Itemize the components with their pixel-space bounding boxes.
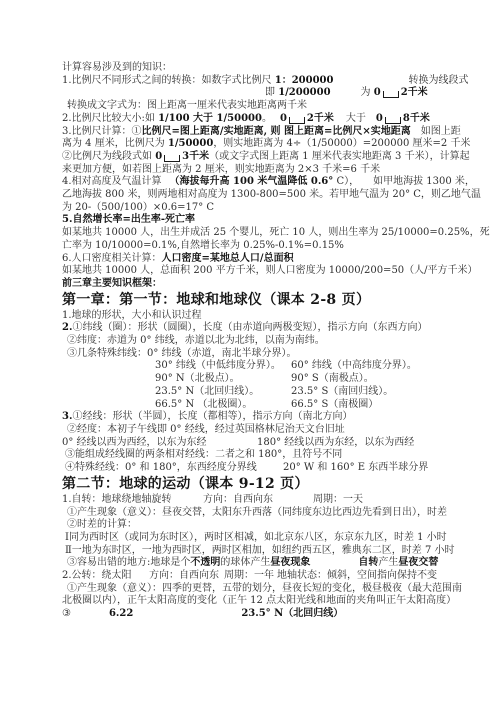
doc-line: Ⅰ同为西时区（或同为东时区），两时区相减，如北京东八区，东京东九区，时差 1 小…	[62, 532, 474, 545]
doc-line: 1.自转：地球绕地轴旋转方向：自西向东周期：一天	[62, 494, 474, 507]
text-segment: 产生	[378, 557, 398, 568]
doc-line: 1.地球的形状，大小和认识过程	[62, 310, 474, 323]
text-segment: 亡率为 10/10000=0.1%,自然增长率为 0.25%-0.1%=0.15…	[62, 240, 344, 251]
framework-subheading: 前三章主要知识框架：	[62, 278, 474, 291]
text-segment: 来更加方便，如若图上距离为 2 厘米，则实地距离为 2×3 千米=6 千米	[62, 164, 380, 175]
doc-line: ③能组成经线圈的两条相对经线：二者之和 180°，且符号不同	[62, 449, 474, 462]
doc-line: 2.①纬线（圈）：形状（圆圈），长度（由赤道向两极变短），指示方向（东西方向）	[62, 322, 474, 335]
text-segment: ②时差的计算：	[67, 519, 137, 530]
text-segment: 0	[376, 113, 383, 124]
text-segment: ③几条特殊纬线：0° 纬线（赤道，南北半球分界）。	[67, 348, 297, 359]
text-segment: 昼夜现象	[270, 557, 310, 568]
text-segment: ④特殊经线：0° 和 180°，东西经度分界线	[65, 462, 283, 475]
text-segment: 第二节：地球的运动（课本 9-12 页）	[62, 476, 309, 492]
text-segment: 8千米	[403, 113, 430, 124]
doc-line: Ⅱ一地为东时区，一地为西时区，两时区相加，如纽约西五区，雅典东二区，时差 7 小…	[62, 545, 474, 558]
text-segment: 2	[401, 87, 408, 98]
text-segment: 不透明	[190, 557, 220, 568]
doc-line: 3.①经线：形状（半圆），长度（都相等），指示方向（南北方向）	[62, 411, 474, 424]
text-segment: 转换成文字式为：图上距离一厘米代表实地距离两千米	[67, 100, 307, 111]
text-segment: 4.相对高度及气温计算	[62, 176, 162, 187]
text-segment: 人口密度=某地总人口/总面积	[162, 253, 294, 264]
text-segment: 20° W 和 160° E 东西半球分界	[283, 462, 428, 473]
text-segment: 转换为线段式	[408, 75, 468, 86]
text-segment: 6.人口密度相关计算：	[62, 253, 162, 264]
text-segment: 如某地共 10000 人，总面积 200 平方千米，则人口密度为 10000/2…	[62, 265, 478, 276]
text-segment: 2.公转：绕太阳	[62, 570, 149, 583]
text-segment: 地轴状态：倾斜，空间指向保持不变	[277, 570, 437, 581]
text-segment: 计算容易涉及到的知识：	[62, 62, 172, 73]
text-segment: 即	[265, 87, 278, 98]
text-segment: 大于	[346, 113, 366, 124]
doc-line: 0° 经线以西为西经，以东为东经180° 经线以西为东经，以东为西经	[62, 437, 474, 450]
scale-bar	[383, 91, 399, 98]
doc-line: 30° 纬线（中低纬度分界）。60° 纬线（中高纬度分界）。	[62, 360, 474, 373]
text-segment: 1.地球的形状，大小和认识过程	[62, 310, 202, 321]
heading-chapter1-section1: 第一章：第一节：地球和地球仪（课本 2-8 页）	[62, 291, 474, 310]
doc-line: 转换成文字式为：图上距离一厘米代表实地距离两千米	[62, 100, 474, 113]
text-segment: 如图上距	[411, 126, 461, 137]
text-segment: 3.比例尺计算：①	[62, 126, 142, 137]
text-segment: Ⅰ同为西时区（或同为东时区），两时区相减，如北京东八区，东京东九区，时差 1 小…	[65, 532, 447, 543]
doc-line: 1.比例尺不同形式之间的转换：如数字式比例尺 1：200000转换为线段式	[62, 75, 474, 88]
text-segment: 6.22	[109, 608, 133, 619]
doc-line: 66.5° N （北极圈）。66.5° S（南极圈）	[62, 399, 474, 412]
heading-section2: 第二节：地球的运动（课本 9-12 页）	[62, 475, 474, 494]
text-segment: 千米	[189, 151, 209, 162]
text-segment: 离为 4 厘米，比例尺为	[62, 138, 168, 149]
text-segment: 昼夜交替	[398, 557, 438, 568]
doc-line: 来更加方便，如若图上距离为 2 厘米，则实地距离为 2×3 千米=6 千米	[62, 164, 474, 177]
text-segment: 2千米	[307, 113, 334, 124]
text-segment: 90° S（南极点）。	[291, 373, 374, 384]
text-segment: ①产生现象（意义）：四季的更替，五带的划分，昼夜长短的变化，极昼极夜（最大范围南	[67, 583, 462, 594]
text-segment: 0° 经线以西为西经，以东为东经	[62, 437, 257, 450]
text-segment: 1：200000	[275, 75, 334, 86]
text-segment: ①产生现象（意义）：昼夜交替，太阳东升西落（同纬度东边比西边先看到日出），时差	[67, 507, 447, 518]
doc-line: 3.比例尺计算：①比例尺=图上距离/实地距离, 则 图上距离=比例尺×实地距离 …	[62, 126, 474, 139]
doc-line: 2.比例尺比较大小:如 1/100 大于 1/50000。02千米大于08千米	[62, 113, 474, 126]
doc-line: 为 20-（500/100）×0.6=17° C	[62, 202, 474, 215]
text-segment: 66.5° S（南极圈）	[291, 399, 378, 410]
text-segment: 为 20-（500/100）×0.6=17° C	[62, 202, 214, 213]
text-segment: 的球体产生	[220, 557, 270, 568]
scale-bar	[164, 155, 180, 162]
text-segment: 90° N（北极点）。	[155, 373, 291, 386]
doc-line: ①产生现象（意义）：昼夜交替，太阳东升西落（同纬度东边比西边先看到日出），时差	[62, 507, 474, 520]
doc-line: 2.公转：绕太阳方向：自西向东周期：一年地轴状态：倾斜，空间指向保持不变	[62, 570, 474, 583]
text-segment: 。	[262, 113, 272, 124]
text-segment: 0	[155, 151, 162, 162]
text-segment: ①经线：形状（半圆），长度（都相等），指示方向（南北方向）	[72, 411, 352, 422]
text-segment: 比例尺=图上距离/实地距离, 则 图上距离=比例尺×实地距离	[142, 126, 411, 137]
doc-line: 如某地共 10000 人，出生并成活 25 个婴儿，死亡 10 人，则出生率为 …	[62, 227, 474, 240]
text-segment: 方向：自西向东	[203, 494, 313, 507]
doc-line: 90° N（北极点）。90° S（南极点）。	[62, 373, 474, 386]
text-segment: 2.比例尺比较大小:如	[62, 113, 158, 124]
text-segment: 北极圈以内），正午太阳高度的变化（正午 12 点太阳光线和地面的夹角叫正午太阳高…	[62, 595, 456, 606]
text-segment: ，则实地距离为 4÷（1/50000）=200000 厘米=2 千米	[213, 138, 470, 149]
text-segment: 为	[361, 87, 374, 98]
doc-line: ①产生现象（意义）：四季的更替，五带的划分，昼夜长短的变化，极昼极夜（最大范围南	[62, 583, 474, 596]
doc-line: ③容易出错的地方:地球是个不透明的球体产生昼夜现象自转产生昼夜交替	[62, 557, 474, 570]
doc-line: ②纬度：赤道为 0° 纬线，赤道以北为北纬，以南为南纬。	[62, 335, 474, 348]
doc-line: ③几条特殊纬线：0° 纬线（赤道，南北半球分界）。	[62, 348, 474, 361]
text-segment: ①纬线（圈）：形状（圆圈），长度（由赤道向两极变短），指示方向（东西方向）	[72, 322, 427, 333]
text-segment: 2.	[62, 322, 72, 333]
doc-line: 4.相对高度及气温计算（海拔每升高 100 米气温降低 0.6° C），如甲地海…	[62, 176, 474, 189]
text-segment: 1/50000	[168, 138, 213, 149]
text-segment: 23.5° S（南回归线）。	[291, 386, 393, 397]
text-segment: （海拔每升高 100 米气温降低 0.6°	[170, 176, 334, 187]
doc-line: 计算容易涉及到的知识：	[62, 62, 474, 75]
doc-line: ②时差的计算：	[62, 519, 474, 532]
text-segment: （或文字式图上距离 1 厘米代表实地距离 3 千米），计算起	[209, 151, 469, 162]
doc-line: 如某地共 10000 人，总面积 200 平方千米，则人口密度为 10000/2…	[62, 265, 474, 278]
text-segment: ②比例尺为线段式如	[62, 151, 155, 162]
doc-line: 乙地海拔 800 米，则两地相对高度为 1300-800=500 米。若甲地气温…	[62, 189, 474, 202]
doc-line: 离为 4 厘米，比例尺为 1/50000，则实地距离为 4÷（1/50000）=…	[62, 138, 474, 151]
doc-line: 6.人口密度相关计算：人口密度=某地总人口/总面积	[62, 253, 474, 266]
text-segment: 如甲地海拔 1300 米，	[373, 176, 475, 187]
text-segment: 23.5° N（北回归线）。	[155, 386, 291, 399]
text-segment: 1/100 大于 1/50000	[158, 113, 262, 124]
text-segment: 前三章主要知识框架：	[62, 278, 162, 289]
text-segment: C），	[333, 176, 359, 187]
text-segment: 方向：自西向东	[149, 570, 224, 583]
text-segment: 1.比例尺不同形式之间的转换：如数字式比例尺	[62, 75, 275, 86]
text-segment: ②纬度：赤道为 0° 纬线，赤道以北为北纬，以南为南纬。	[67, 335, 325, 346]
text-segment: 0	[280, 113, 287, 124]
text-segment: ③能组成经线圈的两条相对经线：二者之和 180°，且符号不同	[65, 449, 342, 460]
text-segment: 5.自然增长率=出生率-死亡率	[62, 214, 195, 225]
text-segment: 乙地海拔 800 米，则两地相对高度为 1300-800=500 米。若甲地气温…	[62, 189, 481, 200]
text-segment: Ⅱ一地为东时区，一地为西时区，两时区相加，如纽约西五区，雅典东二区，时差 7 小…	[65, 545, 455, 556]
text-segment: 1/200000	[278, 87, 330, 98]
doc-line: ②比例尺为线段式如 03千米（或文字式图上距离 1 厘米代表实地距离 3 千米）…	[62, 151, 474, 164]
text-segment: 3.	[62, 411, 72, 422]
text-segment: 60° 纬线（中高纬度分界）。	[291, 360, 417, 371]
text-segment: 自转	[358, 557, 378, 568]
text-segment: 千米	[408, 87, 428, 98]
doc-line: 即 1/200000为 02千米	[62, 87, 474, 100]
text-segment: 1.自转：地球绕地轴旋转	[62, 494, 203, 507]
scale-bar	[385, 117, 401, 124]
text-segment: 180° 经线以西为东经，以东为西经	[257, 437, 414, 448]
doc-line: 23.5° N（北回归线）。23.5° S（南回归线）。	[62, 386, 474, 399]
text-segment: 0	[374, 87, 381, 98]
text-segment: 66.5° N （北极圈）。	[155, 399, 291, 412]
text-segment: 周期：一天	[313, 494, 363, 505]
doc-line: 北极圈以内），正午太阳高度的变化（正午 12 点太阳光线和地面的夹角叫正午太阳高…	[62, 595, 474, 608]
text-segment: 30° 纬线（中低纬度分界）。	[155, 360, 291, 373]
doc-line: ④特殊经线：0° 和 180°，东西经度分界线20° W 和 160° E 东西…	[62, 462, 474, 475]
text-segment: 如某地共 10000 人，出生并成活 25 个婴儿，死亡 10 人，则出生率为 …	[62, 227, 490, 238]
text-segment: ③容易出错的地方:地球是个	[67, 557, 190, 568]
text-segment: 第一章：第一节：地球和地球仪（课本 2-8 页）	[62, 292, 370, 308]
text-segment: ③	[62, 608, 71, 619]
scale-bar	[289, 117, 305, 124]
text-segment: ②经度：本初子午线即 0° 经线，经过英国格林尼治天文台旧址	[67, 424, 345, 435]
text-segment: 周期：一年	[224, 570, 277, 583]
text-segment: 23.5° N（北回归线）	[241, 608, 343, 619]
doc-line: 5.自然增长率=出生率-死亡率	[62, 214, 474, 227]
document-page: 计算容易涉及到的知识： 1.比例尺不同形式之间的转换：如数字式比例尺 1：200…	[62, 62, 474, 621]
doc-line: 亡率为 10/10000=0.1%,自然增长率为 0.25%-0.1%=0.15…	[62, 240, 474, 253]
doc-line: ②经度：本初子午线即 0° 经线，经过英国格林尼治天文台旧址	[62, 424, 474, 437]
doc-line: ③6.2223.5° N（北回归线）	[62, 608, 474, 621]
